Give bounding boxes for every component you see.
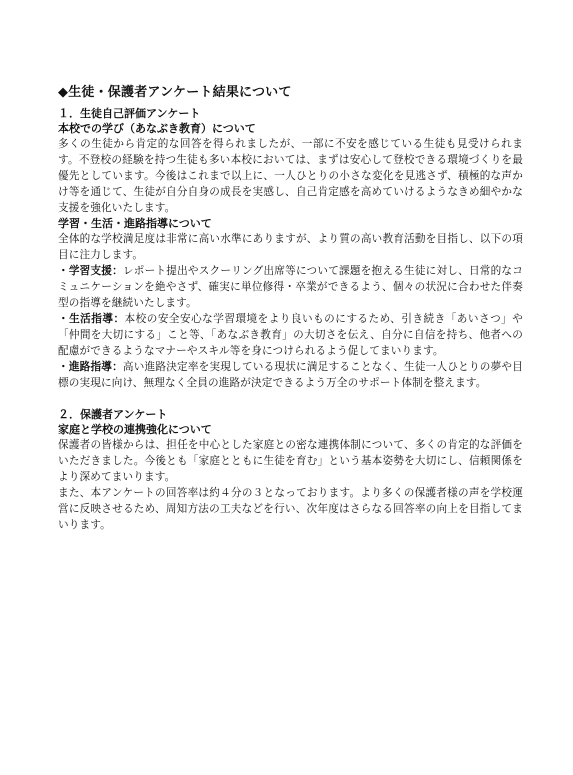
bullet-text: レポート提出やスクーリング出席等について課題を抱える生徒に対し、日常的なコミュニ… [58,265,523,309]
bullet-item-life-guidance: ・生活指導：本校の安全安心な学習環境をより良いものにするため、引き続き「あいさつ… [58,311,523,359]
bullet-label: ・生活指導： [58,313,125,325]
paragraph: 保護者の皆様からは、担任を中心とした家庭との密な連携体制について、多くの肯定的な… [58,437,523,485]
section-student-survey: １．生徒自己評価アンケート 本校での学び（あなぶき教育）について 多くの生徒から… [58,106,523,391]
subsection-heading: 本校での学び（あなぶき教育）について [58,121,523,136]
paragraph: 多くの生徒から肯定的な回答を得られましたが、一部に不安を感じている生徒も見受けら… [58,136,523,216]
bullet-label: ・学習支援： [58,265,123,277]
bullet-item-career-guidance: ・進路指導：高い進路決定率を実現している現状に満足することなく、生徒一人ひとりの… [58,359,523,391]
bullet-label: ・進路指導： [58,361,123,373]
section-spacer [58,391,523,407]
bullet-item-learning-support: ・学習支援：レポート提出やスクーリング出席等について課題を抱える生徒に対し、日常… [58,263,523,311]
section-heading: ２．保護者アンケート [58,407,523,422]
document-title: ◆生徒・保護者アンケート結果について [58,84,523,101]
bullet-text: 本校の安全安心な学習環境をより良いものにするため、引き続き「あいさつ」や「仲間を… [58,313,523,357]
paragraph: また、本アンケートの回答率は約４分の３となっております。より多くの保護者様の声を… [58,485,523,533]
section-heading: １．生徒自己評価アンケート [58,106,523,121]
subsection-heading: 家庭と学校の連携強化について [58,422,523,437]
bullet-text: 高い進路決定率を実現している現状に満足することなく、生徒一人ひとりの夢や目標の実… [58,361,523,389]
subsection-heading: 学習・生活・進路指導について [58,216,523,231]
section-parent-survey: ２．保護者アンケート 家庭と学校の連携強化について 保護者の皆様からは、担任を中… [58,407,523,533]
paragraph: 全体的な学校満足度は非常に高い水準にありますが、より質の高い教育活動を目指し、以… [58,231,523,263]
document-page: ◆生徒・保護者アンケート結果について １．生徒自己評価アンケート 本校での学び（… [58,84,523,533]
